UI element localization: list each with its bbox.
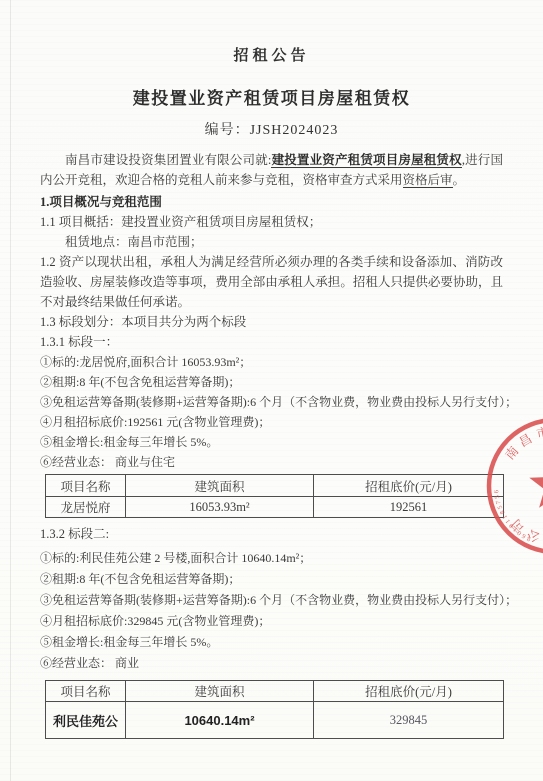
subsection-1-3-1-heading: 1.3.1 标段一： [40, 332, 503, 352]
cell-building-area: 16053.93m² [126, 497, 314, 518]
lot-2-item-business-type: ⑥经营业态： 商业 [40, 653, 503, 674]
doc-number: 编号：JJSH2024023 [40, 120, 503, 142]
subsection-1-3-2-heading: 1.3.2 标段二: [40, 524, 503, 544]
lot-1-item-business-type: ⑥经营业态： 商业与住宅 [40, 452, 503, 472]
cell-project-name: 利民佳苑公 [46, 702, 126, 739]
lot-2-item-base-price: ④月租招标底价:329845 元(含物业管理费)； [40, 611, 503, 632]
lot-2-detail-list: ①标的:利民佳苑公建 2 号楼,面积合计 10640.14m²； ②租期:8 年… [40, 548, 503, 674]
table-row: 龙居悦府 16053.93m² 192561 [46, 497, 504, 518]
cell-building-area: 10640.14m² [126, 702, 314, 739]
cell-project-name: 龙居悦府 [46, 497, 126, 518]
cell-base-rent: 192561 [314, 497, 504, 518]
lot-1-table: 项目名称 建筑面积 招租底价(元/月) 龙居悦府 16053.93m² 1925… [45, 474, 504, 518]
lot-2-item-rentfree-period: ③免租运营筹备期(装修期+运营筹备期):6 个月（不含物业费，物业费由投标人另行… [40, 590, 503, 611]
lot-1-item-subject: ①标的:龙居悦府,面积合计 16053.93m²； [40, 352, 503, 372]
col-header-building-area: 建筑面积 [126, 681, 314, 702]
lot-1-item-base-price: ④月租招标底价:192561 元(含物业管理费)； [40, 412, 503, 432]
intro-review-method-underlined: 资格后审 [403, 173, 453, 188]
doc-number-value: JJSH2024023 [250, 123, 339, 138]
lot-2-item-rent-growth: ⑤租金增长:租金每三年增长 5%。 [40, 632, 503, 653]
table-header-row: 项目名称 建筑面积 招租底价(元/月) [46, 681, 504, 702]
col-header-building-area: 建筑面积 [126, 475, 314, 497]
lot-2-item-subject: ①标的:利民佳苑公建 2 号楼,面积合计 10640.14m²； [40, 548, 503, 569]
intro-paragraph: 南昌市建设投资集团置业有限公司就:建投置业资产租赁项目房屋租赁权,进行国内公开竞… [40, 150, 503, 190]
lot-1-item-term: ②租期:8 年(不包含免租运营筹备期)； [40, 372, 503, 392]
document-page: 招租公告 建投置业资产租赁项目房屋租赁权 编号：JJSH2024023 南昌市建… [0, 0, 543, 781]
cell-base-rent: 329845 [314, 702, 504, 739]
col-header-base-rent: 招租底价(元/月) [314, 681, 504, 702]
lot-1-detail-list: ①标的:龙居悦府,面积合计 16053.93m²； ②租期:8 年(不包含免租运… [40, 352, 503, 472]
item-1-1-location: 租赁地点：南昌市范围； [40, 232, 503, 252]
official-red-seal: 南昌市建设投资集团置业有限公司 360101185756 [482, 413, 543, 563]
lot-1-item-rentfree-period: ③免租运营筹备期(装修期+运营筹备期):6 个月（不含物业费，物业费由投标人另行… [40, 392, 503, 412]
seal-star-icon [529, 459, 543, 508]
item-1-1: 1.1 项目概括：建投置业资产租赁项目房屋租赁权； [40, 212, 503, 232]
doc-number-label: 编号： [205, 123, 250, 138]
document-content: 招租公告 建投置业资产租赁项目房屋租赁权 编号：JJSH2024023 南昌市建… [0, 0, 543, 739]
lot-2-item-term: ②租期:8 年(不包含免租运营筹备期)； [40, 569, 503, 590]
item-1-3: 1.3 标段划分：本项目共分为两个标段 [40, 312, 503, 332]
col-header-project-name: 项目名称 [46, 475, 126, 497]
col-header-base-rent: 招租底价(元/月) [314, 475, 504, 497]
lot-1-item-rent-growth: ⑤租金增长:租金每三年增长 5%。 [40, 432, 503, 452]
doc-title: 招租公告 [40, 46, 503, 66]
table-header-row: 项目名称 建筑面积 招租底价(元/月) [46, 475, 504, 497]
item-1-2: 1.2 资产以现状出租，承租人为满足经营所必须办理的各类手续和设备添加、消防改造… [40, 252, 503, 312]
intro-pre: 南昌市建设投资集团置业有限公司就: [65, 153, 271, 167]
lot-2-table: 项目名称 建筑面积 招租底价(元/月) 利民佳苑公 10640.14m² 329… [45, 680, 504, 739]
intro-project-name-underlined: 建投置业资产租赁项目房屋租赁权 [271, 153, 461, 168]
col-header-project-name: 项目名称 [46, 681, 126, 702]
intro-post: 。 [453, 173, 466, 187]
section-1-heading: 1.项目概况与竞租范围 [40, 192, 503, 212]
table-row: 利民佳苑公 10640.14m² 329845 [46, 702, 504, 739]
doc-subtitle: 建投置业资产租赁项目房屋租赁权 [40, 86, 503, 112]
